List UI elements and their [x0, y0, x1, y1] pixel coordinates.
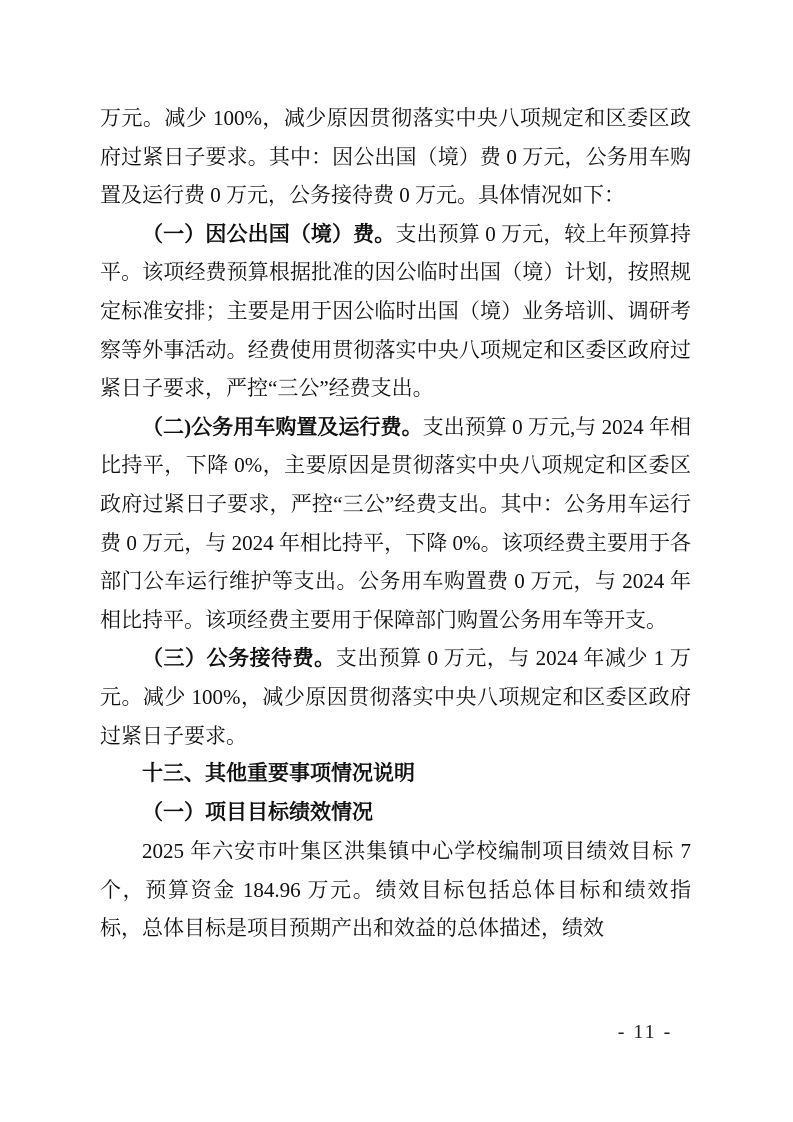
paragraph-vehicle-expense-lead: （二)公务用车购置及运行费。: [142, 415, 423, 439]
heading-project-performance: （一）项目目标绩效情况: [100, 794, 691, 833]
paragraph-vehicle-expense: （二)公务用车购置及运行费。支出预算 0 万元,与 2024 年相比持平，下降 …: [100, 408, 691, 640]
document-content: 万元。减少 100%，减少原因贯彻落实中央八项规定和区委区政府过紧日子要求。其中…: [100, 99, 691, 948]
document-page: 万元。减少 100%，减少原因贯彻落实中央八项规定和区委区政府过紧日子要求。其中…: [0, 0, 793, 1122]
paragraph-three-public-overview: 万元。减少 100%，减少原因贯彻落实中央八项规定和区委区政府过紧日子要求。其中…: [100, 99, 691, 215]
page-number: - 11 -: [610, 1020, 680, 1044]
paragraph-abroad-expense-text: 支出预算 0 万元，较上年预算持平。该项经费预算根据批准的因公临时出国（境）计划…: [100, 222, 691, 400]
heading-section-thirteen: 十三、其他重要事项情况说明: [100, 755, 691, 794]
paragraph-reception-expense: （三）公务接待费。支出预算 0 万元，与 2024 年减少 1 万元。减少 10…: [100, 639, 691, 755]
paragraph-abroad-expense-lead: （一）因公出国（境）费。: [142, 222, 395, 246]
paragraph-abroad-expense: （一）因公出国（境）费。支出预算 0 万元，较上年预算持平。该项经费预算根据批准…: [100, 215, 691, 408]
paragraph-performance-targets: 2025 年六安市叶集区洪集镇中心学校编制项目绩效目标 7 个，预算资金 184…: [100, 832, 691, 948]
paragraph-vehicle-expense-text: 支出预算 0 万元,与 2024 年相比持平，下降 0%，主要原因是贯彻落实中央…: [100, 415, 691, 632]
paragraph-reception-expense-lead: （三）公务接待费。: [142, 646, 336, 670]
